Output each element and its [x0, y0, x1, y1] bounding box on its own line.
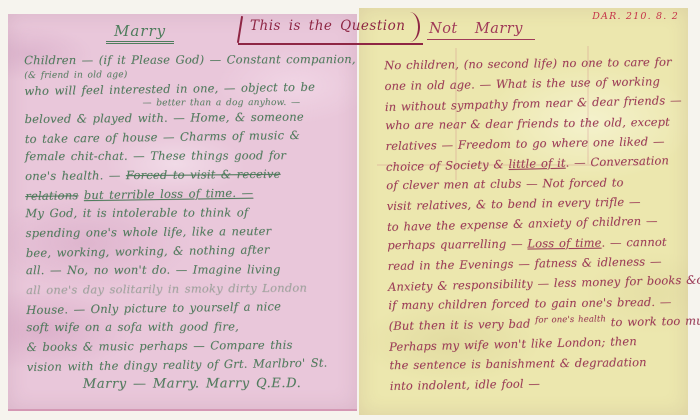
handwritten-segment: of clever men at clubs — Not forced to — [386, 175, 623, 192]
handwritten-segment: one in old age. — What is the use of wor… — [384, 74, 660, 93]
handwritten-segment: for one's health — [535, 314, 606, 325]
handwritten-segment: bee, working, working, & nothing after — [26, 242, 270, 260]
handwritten-segment: beloved & played with. — Home, & someone — [25, 110, 304, 126]
handwritten-segment: soft wife on a sofa with good fire, — [26, 319, 239, 334]
left-page-title: Marry — [106, 22, 174, 44]
bracket-close-stroke — [407, 12, 420, 42]
handwritten-segment: read in the Evenings — fatness & idlenes… — [388, 254, 662, 273]
handwritten-segment: to take care of house — Charms of music … — [25, 128, 300, 146]
handwritten-segment: perhaps quarrelling — — [387, 236, 527, 252]
handwritten-line: My God, it is intolerable to think of — [25, 203, 351, 223]
handwritten-segment: relations — [25, 188, 78, 203]
handwritten-segment: (But then it is very bad — [389, 316, 536, 333]
handwritten-segment: Forced to visit & receive — [126, 167, 281, 182]
handwritten-segment: to have the expense & anxiety of childre… — [387, 214, 658, 234]
scanned-document: Marry Children — (if it Please God) — Co… — [0, 0, 700, 420]
handwritten-segment: all. — No, no won't do. — Imagine living — [26, 262, 281, 277]
handwritten-segment: Marry — Marry. Marry Q.E.D. — [83, 376, 302, 392]
handwritten-segment: who are near & dear friends to the old, … — [385, 115, 670, 132]
handwritten-segment: but terrible loss of time. — — [84, 186, 254, 203]
handwritten-segment: female chit-chat. — These things good fo… — [25, 148, 286, 163]
handwritten-segment: all one's day solitarily in smoky dirty … — [26, 281, 307, 297]
handwritten-line: soft wife on a sofa with good fire, — [26, 317, 352, 337]
handwritten-segment: one's health. — — [25, 168, 126, 183]
handwritten-segment: Perhaps my wife won't like London; then — [389, 334, 637, 354]
handwritten-segment: No children, (no second life) no one to … — [384, 55, 672, 73]
handwritten-segment: . — cannot — [601, 235, 666, 250]
handwritten-segment: to work too much) — [606, 313, 700, 329]
handwritten-segment: the sentence is banishment & degradation — [389, 355, 646, 372]
handwritten-line: perhaps quarrelling — Loss of time. — ca… — [387, 232, 687, 256]
handwritten-segment: in without sympathy from near & dear fri… — [385, 93, 682, 114]
handwritten-segment: relatives — Freedom to go where one like… — [385, 134, 664, 153]
handwritten-segment: vision with the dingy reality of Grt. Ma… — [27, 356, 328, 374]
handwritten-segment: Children — (if it Please God) — Constant… — [24, 52, 356, 67]
handwritten-segment: if many children forced to gain one's br… — [388, 295, 671, 312]
handwritten-segment: who will feel interested in one, — objec… — [24, 80, 315, 98]
handwritten-segment: Anxiety & responsibility — less money fo… — [388, 272, 700, 294]
handwritten-line: all. — No, no won't do. — Imagine living — [26, 260, 352, 280]
handwritten-segment: Loss of time — [527, 236, 601, 251]
left-page-text: Children — (if it Please God) — Constant… — [24, 49, 353, 395]
handwritten-segment: spending one's whole life, like a neuter — [26, 224, 272, 240]
handwritten-line: female chit-chat. — These things good fo… — [25, 146, 351, 166]
handwritten-line: No children, (no second life) no one to … — [384, 52, 684, 76]
right-page-text: No children, (no second life) no one to … — [384, 51, 690, 396]
handwritten-line: if many children forced to gain one's br… — [388, 292, 688, 316]
handwritten-line: Children — (if it Please God) — Constant… — [24, 50, 350, 70]
handwritten-segment: — better than a dog anyhow. — — [142, 98, 300, 109]
question-annotation: This is the Question — [238, 14, 423, 45]
bracket-open-stroke — [237, 16, 243, 43]
handwritten-line: — better than a dog anyhow. — — [142, 98, 350, 109]
handwritten-line: the sentence is banishment & degradation — [389, 352, 689, 376]
handwritten-segment: My God, it is intolerable to think of — [25, 205, 248, 220]
archive-reference: DAR. 210. 8. 2 — [592, 11, 679, 22]
handwritten-line: of clever men at clubs — Not forced to — [386, 172, 686, 196]
right-page-not-marry: DAR. 210. 8. 2 Not Marry No children, (n… — [359, 8, 688, 415]
handwritten-segment: little of it — [508, 156, 565, 171]
handwritten-segment: visit relatives, & to bend in every trif… — [386, 195, 640, 213]
question-label: This is the Question — [250, 18, 405, 34]
handwritten-line: who are near & dear friends to the old, … — [385, 112, 685, 136]
handwritten-line: Marry — Marry. Marry Q.E.D. — [83, 374, 353, 394]
handwritten-segment: . — Conversation — [565, 153, 669, 169]
handwritten-segment: & books & music perhaps — Compare this — [27, 338, 293, 354]
left-page-marry: Marry Children — (if it Please God) — Co… — [8, 14, 357, 411]
handwritten-segment: (& friend in old age) — [24, 70, 127, 81]
handwritten-segment: choice of Society & — [386, 157, 509, 174]
handwritten-segment: House. — Only picture to yourself a nice — [26, 299, 281, 317]
right-page-title: Not Marry — [427, 21, 535, 40]
handwritten-segment: into indolent, idle fool — — [390, 376, 540, 393]
